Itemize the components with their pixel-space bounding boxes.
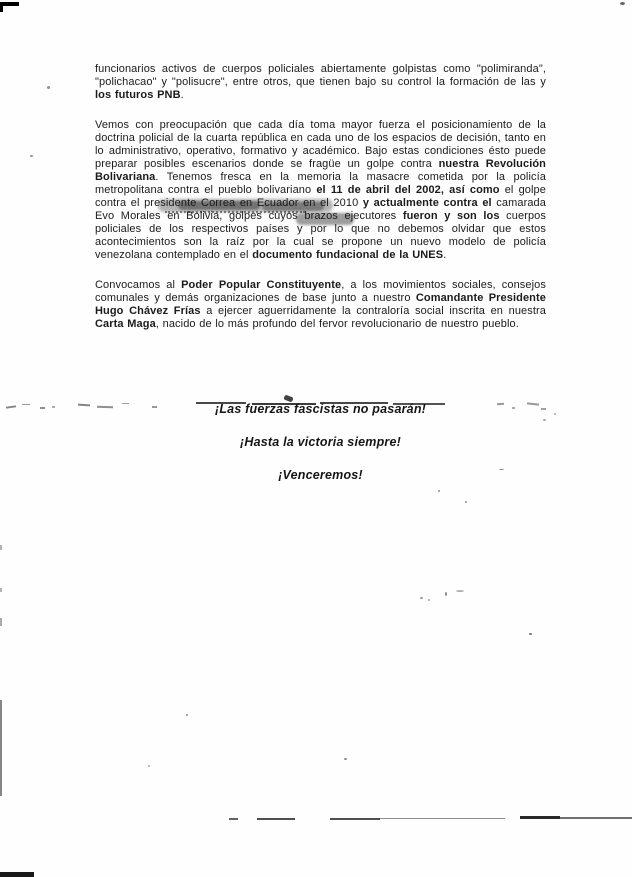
scan-corner-mark-top-left bbox=[0, 2, 3, 12]
scan-speck bbox=[445, 592, 447, 596]
scan-left-edge-line bbox=[0, 588, 2, 592]
scan-speck bbox=[420, 597, 423, 599]
scan-speck bbox=[428, 599, 430, 601]
slogan-3: ¡Venceremos! bbox=[95, 468, 546, 483]
scan-speck bbox=[529, 633, 532, 635]
scan-bottom-line bbox=[520, 816, 560, 819]
scan-scribble-left-of-slogan bbox=[52, 406, 55, 408]
scan-bottom-line bbox=[257, 818, 295, 820]
scan-corner-mark-top-left bbox=[0, 2, 19, 6]
scan-speck bbox=[47, 86, 50, 89]
scan-speck bbox=[30, 155, 33, 157]
paragraph-1: funcionarios activos de cuerpos policial… bbox=[95, 63, 546, 102]
scan-speck bbox=[554, 413, 556, 415]
scan-scribble-left-of-slogan bbox=[40, 407, 45, 409]
scan-left-edge-line bbox=[0, 700, 2, 796]
scan-speck bbox=[148, 765, 150, 767]
scan-scribble-left-of-slogan bbox=[78, 404, 90, 407]
scan-bottom-line bbox=[380, 818, 505, 819]
scan-bottom-line bbox=[330, 818, 380, 820]
scan-corner-mark-bottom-left bbox=[0, 872, 34, 877]
scan-speck bbox=[186, 714, 188, 716]
scanned-document-page: funcionarios activos de cuerpos policial… bbox=[0, 0, 632, 877]
scan-speck bbox=[344, 758, 347, 760]
scan-left-edge-line bbox=[0, 545, 2, 550]
slogan-1: ¡Las fuerzas fascistas no pasarán! bbox=[95, 402, 546, 417]
scan-scribble-left-of-slogan bbox=[22, 404, 30, 405]
scan-bottom-line bbox=[560, 817, 632, 819]
scan-speck bbox=[456, 590, 464, 592]
scan-speck bbox=[620, 2, 625, 5]
paragraph-2: Vemos con preocupación que cada día toma… bbox=[95, 119, 546, 262]
scan-scribble-left-of-slogan bbox=[6, 405, 16, 408]
slogan-block: ¡Las fuerzas fascistas no pasarán! ¡Hast… bbox=[95, 402, 546, 501]
paragraph-3: Convocamos al Poder Popular Constituyent… bbox=[95, 279, 546, 331]
scan-speck bbox=[465, 501, 467, 503]
document-body-text: funcionarios activos de cuerpos policial… bbox=[95, 63, 546, 348]
scan-bottom-line bbox=[229, 818, 238, 820]
scan-left-edge-line bbox=[0, 618, 2, 626]
slogan-2: ¡Hasta la victoria siempre! bbox=[95, 435, 546, 450]
